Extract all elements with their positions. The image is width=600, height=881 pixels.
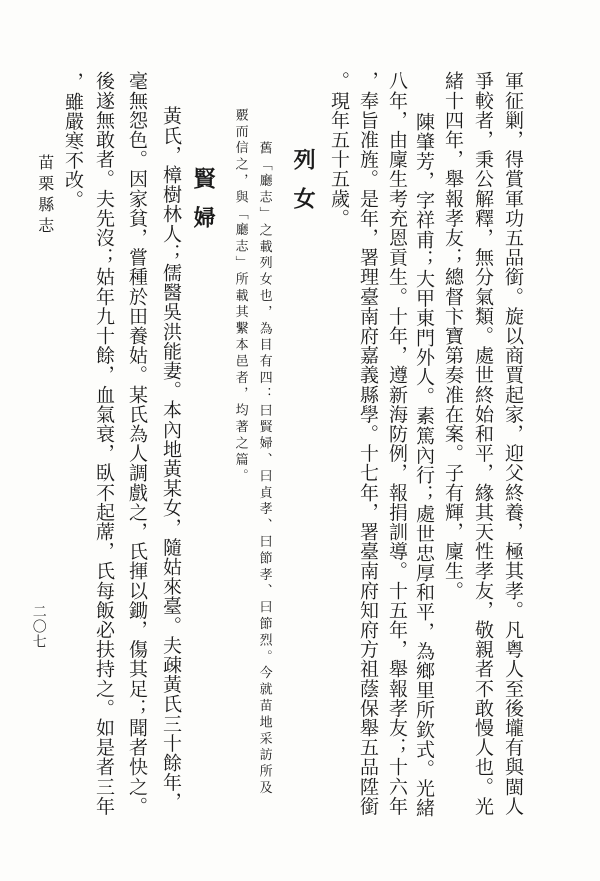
chen-zhaofang-entry-column-3: ，奉旨准旌。是年，署理臺南府嘉義縣學。十七年，署臺南府知府方祖蔭保舉五品陞銜 xyxy=(357,71,377,816)
lienv-section-title: 列女 xyxy=(291,148,314,226)
gazetteer-page: 軍征剿，得賞軍功五品銜。旋以商賈起家，迎父終養，極其孝。凡粤人至後壠有與閩人 爭… xyxy=(0,0,600,881)
huang-shi-entry-column-4: ，雖嚴寒不改。 xyxy=(62,72,82,209)
prev-entry-column-3: 緒十四年，舉報孝友；總督卞寶第奏准在案。子有輝，廩生。 xyxy=(442,71,462,600)
page-number: 二〇七 xyxy=(31,604,46,649)
huang-shi-entry-column-1: 黃氏，樟樹林人；儒醫吳洪能妻。本內地黃某女，隨姑來臺。夫疎黃氏三十餘年， xyxy=(160,106,180,812)
chen-zhaofang-entry-column-2: 八年，由廩生考充恩貢生。十年，遵新海防例，報捐訓導。十五年，舉報孝友；十六年 xyxy=(386,71,406,816)
prev-entry-column-1: 軍征剿，得賞軍功五品銜。旋以商賈起家，迎父終養，極其孝。凡粤人至後壠有與閩人 xyxy=(502,71,522,816)
lienv-note-column-1: 舊「廳志」之載列女也，為目有四：曰賢婦、曰貞孝、曰節孝、曰節烈。今就苗地采訪所及 xyxy=(257,141,271,797)
huang-shi-entry-column-3: 後遂無敢者。夫先沒；姑年九十餘，血氣衰，臥不起蓆，氏每飯必扶持之。如是者三年 xyxy=(93,71,113,816)
chen-zhaofang-entry-column-4: 。現年五十五歲。 xyxy=(328,71,348,228)
chen-zhaofang-entry-column-1: 陳肇芳，字祥甫；大甲東門外人。素篤內行；處世忠厚和平，為鄉里所欽式。光緒 xyxy=(413,112,433,818)
prev-entry-column-2: 爭較者，秉公解釋，無分氣類。處世終始和平，緣其天性孝友，敬親者不敢慢人也。光 xyxy=(472,71,492,816)
lienv-note-column-2: 覈而信之，與「廳志」所載其繫本邑者，均著之篇。 xyxy=(233,108,247,485)
xianfu-section-title: 賢婦 xyxy=(191,167,214,245)
huang-shi-entry-column-2: 毫無怨色。因家貧，嘗種於田養姑。某氏為人調戲之，氏揮以鋤，傷其足；聞者快之。 xyxy=(126,71,146,816)
book-title: 苗栗縣志 xyxy=(36,154,53,238)
